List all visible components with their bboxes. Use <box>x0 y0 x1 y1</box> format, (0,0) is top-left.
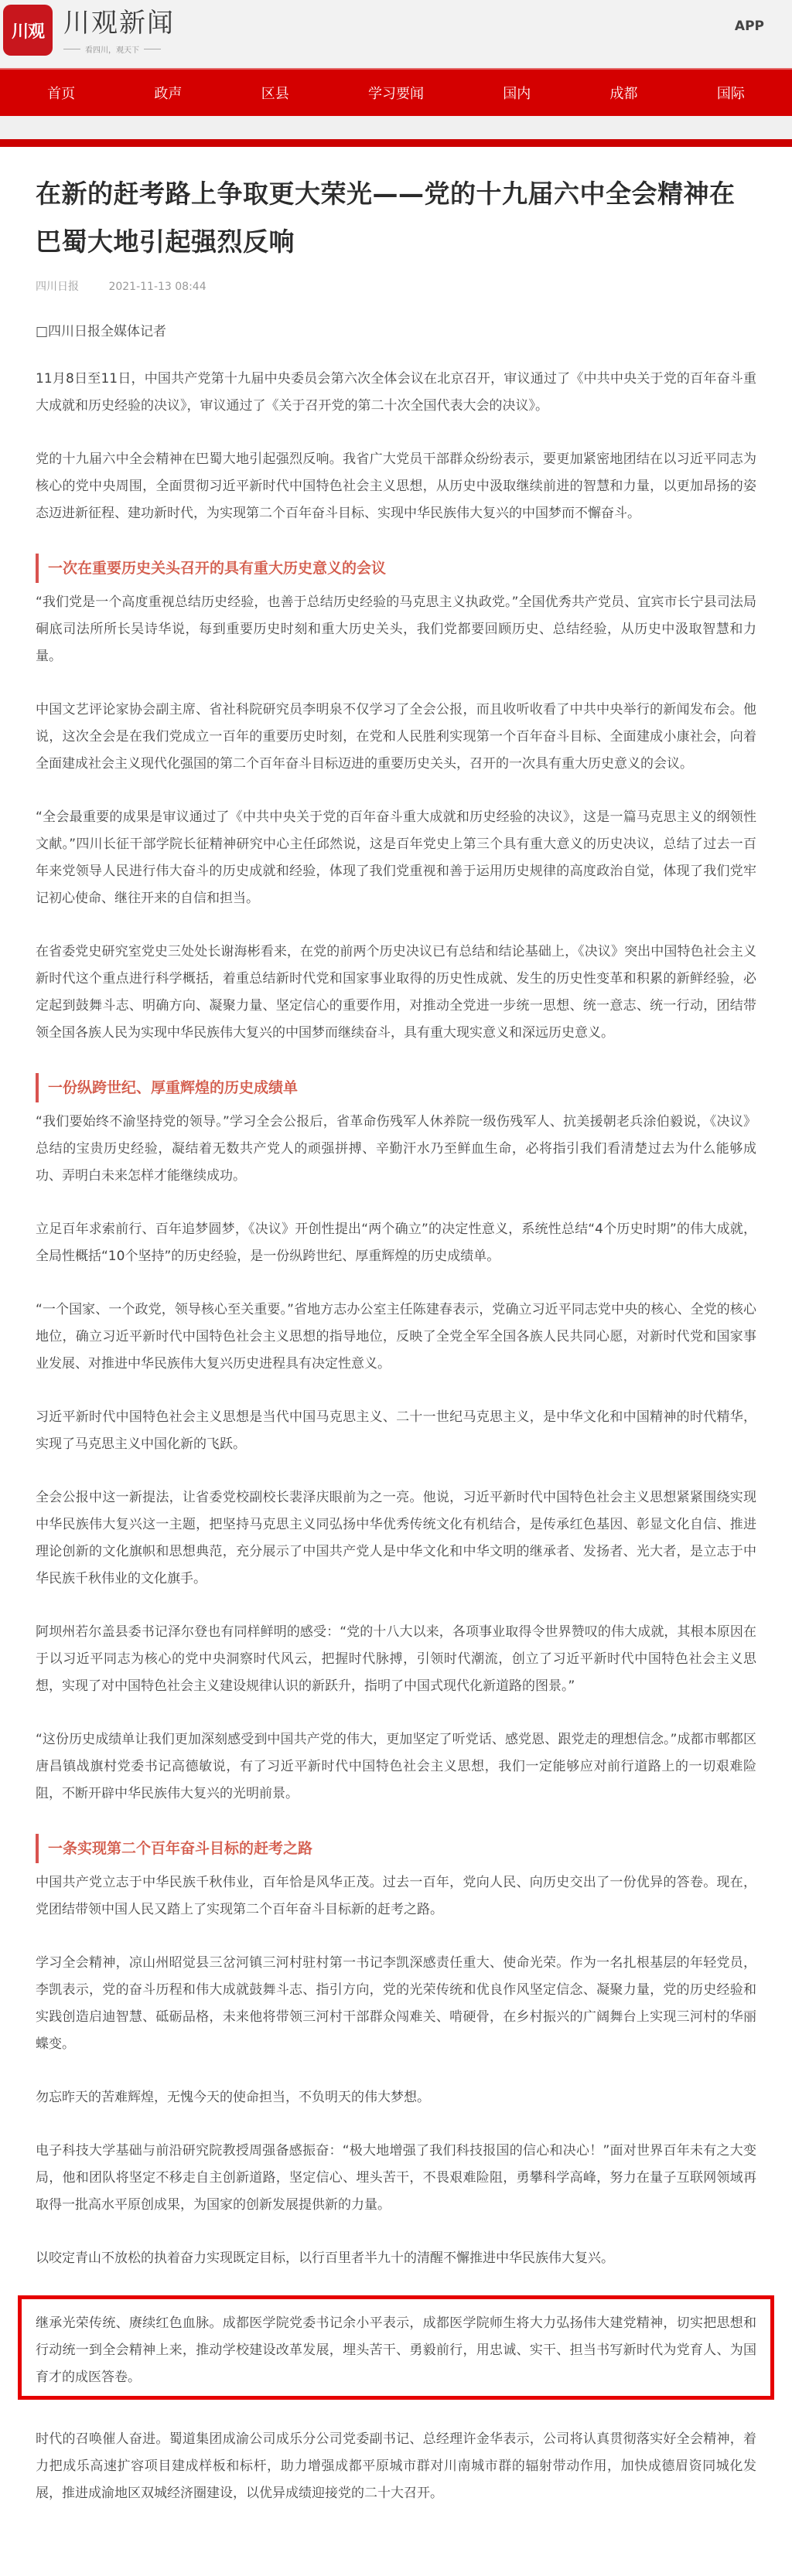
site-header: 川观 川观新闻 看四川，观天下 APP <box>0 0 792 68</box>
highlighted-paragraph-box: 继承光荣传统、赓续红色血脉。成都医学院党委书记余小平表示，成都医学院师生将大力弘… <box>18 2295 774 2400</box>
nav-item-politics[interactable]: 政声 <box>154 83 182 103</box>
brand-name: 川观新闻 <box>63 6 175 40</box>
paragraph: 立足百年求索前行、百年追梦圆梦，《决议》开创性提出“两个确立”的决定性意义，系统… <box>36 1216 756 1270</box>
article-meta: 四川日报 2021-11-13 08:44 <box>36 278 756 294</box>
paragraph: 全会公报中这一新提法，让省委党校副校长裴泽庆眼前为之一亮。他说，习近平新时代中国… <box>36 1484 756 1593</box>
highlighted-paragraph: 继承光荣传统、赓续红色血脉。成都医学院党委书记余小平表示，成都医学院师生将大力弘… <box>36 2310 756 2391</box>
section-heading: 一份纵跨世纪、厚重辉煌的历史成绩单 <box>36 1073 756 1102</box>
nav-item-study-news[interactable]: 学习要闻 <box>368 83 424 103</box>
article-source: 四川日报 <box>36 281 79 293</box>
logo-mark: 川观 <box>12 19 44 43</box>
slogan-rule-left <box>63 49 80 49</box>
nav-item-counties[interactable]: 区县 <box>261 83 289 103</box>
section-heading: 一次在重要历史关头召开的具有重大历史意义的会议 <box>36 554 756 583</box>
nav-item-domestic[interactable]: 国内 <box>503 83 531 103</box>
nav-divider-strip <box>0 139 792 147</box>
brand: 川观新闻 看四川，观天下 <box>63 6 175 55</box>
article: 在新的赶考路上争取更大荣光——党的十九届六中全会精神在巴蜀大地引起强烈反响 四川… <box>0 170 792 2530</box>
paragraph: “我们要始终不渝坚持党的领导。”学习全会公报后，省革命伤残军人休养院一级伤残军人… <box>36 1109 756 1190</box>
app-download-link[interactable]: APP <box>735 19 764 34</box>
brand-slogan: 看四川，观天下 <box>63 43 175 55</box>
nav-item-home[interactable]: 首页 <box>47 83 75 103</box>
site-logo[interactable]: 川观 <box>3 5 53 56</box>
paragraph: 学习全会精神，凉山州昭觉县三岔河镇三河村驻村第一书记李凯深感责任重大、使命光荣。… <box>36 1950 756 2058</box>
slogan-rule-right <box>144 49 161 49</box>
main-nav: 首页 政声 区县 学习要闻 国内 成都 国际 <box>0 68 792 116</box>
paragraph: “我们党是一个高度重视总结历史经验，也善于总结历史经验的马克思主义执政党。”全国… <box>36 589 756 670</box>
paragraph: 电子科技大学基础与前沿研究院教授周强备感振奋：“极大地增强了我们科技报国的信心和… <box>36 2138 756 2219</box>
nav-item-chengdu[interactable]: 成都 <box>610 83 638 103</box>
paragraph: “全会最重要的成果是审议通过了《中共中央关于党的百年奋斗重大成就和历史经验的决议… <box>36 804 756 912</box>
paragraph: 勿忘昨天的苦难辉煌，无愧今天的使命担当，不负明天的伟大梦想。 <box>36 2084 756 2111</box>
paragraph: “这份历史成绩单让我们更加深刻感受到中国共产党的伟大，更加坚定了听党话、感党恩、… <box>36 1726 756 1808</box>
paragraph: 时代的召唤催人奋进。蜀道集团成渝公司成乐分公司党委副书记、总经理许金华表示，公司… <box>36 2426 756 2507</box>
paragraph: “一个国家、一个政党，领导核心至关重要。”省地方志办公室主任陈建春表示，党确立习… <box>36 1297 756 1378</box>
section-heading: 一条实现第二个百年奋斗目标的赶考之路 <box>36 1834 756 1863</box>
paragraph: 中国文艺评论家协会副主席、省社科院研究员李明泉不仅学习了全会公报，而且收听收看了… <box>36 697 756 778</box>
paragraph: 阿坝州若尔盖县委书记泽尔登也有同样鲜明的感受：“党的十八大以来，各项事业取得令世… <box>36 1619 756 1700</box>
slogan-text: 看四川，观天下 <box>85 43 139 55</box>
paragraph: 党的十九届六中全会精神在巴蜀大地引起强烈反响。我省广大党员干部群众纷纷表示，要更… <box>36 446 756 527</box>
paragraph: 11月8日至11日，中国共产党第十九届中央委员会第六次全体会议在北京召开，审议通… <box>36 366 756 420</box>
paragraph: 中国共产党立志于中华民族千秋伟业，百年恰是风华正茂。过去一百年，党向人民、向历史… <box>36 1869 756 1923</box>
paragraph: 习近平新时代中国特色社会主义思想是当代中国马克思主义、二十一世纪马克思主义，是中… <box>36 1404 756 1458</box>
nav-item-international[interactable]: 国际 <box>717 83 745 103</box>
article-date: 2021-11-13 08:44 <box>108 281 206 293</box>
nav-spacer <box>0 116 792 139</box>
article-title: 在新的赶考路上争取更大荣光——党的十九届六中全会精神在巴蜀大地引起强烈反响 <box>36 170 756 266</box>
article-byline: □四川日报全媒体记者 <box>36 320 756 339</box>
paragraph: 在省委党史研究室党史三处处长谢海彬看来，在党的前两个历史决议已有总结和结论基础上… <box>36 939 756 1047</box>
paragraph: 以咬定青山不放松的执着奋力实现既定目标，以行百里者半九十的清醒不懈推进中华民族伟… <box>36 2245 756 2272</box>
